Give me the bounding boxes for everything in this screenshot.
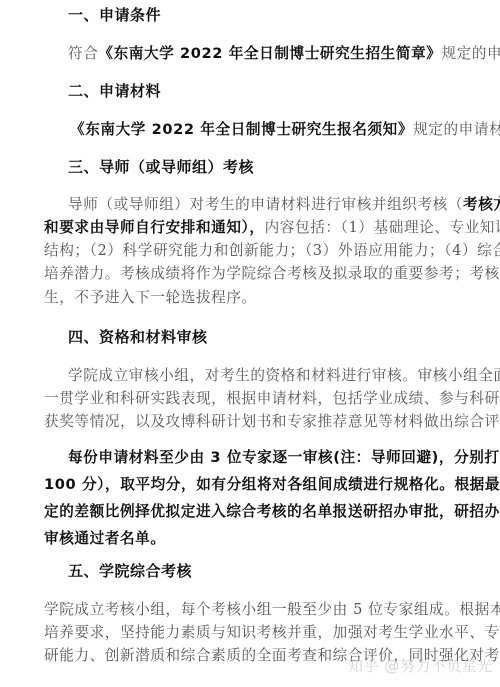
paragraph-line: 培养要求，坚持能力素质与知识考核并重，加强对考生学业水平、专业素养、科 bbox=[44, 621, 464, 642]
paragraph-application-conditions: 符合《东南大学 2022 年全日制博士研究生招生简章》规定的申请条件。 bbox=[68, 42, 464, 63]
section-heading-college-assessment: 五、学院综合考核 bbox=[68, 560, 192, 581]
section-heading-qualification-review: 四、资格和材料审核 bbox=[68, 326, 208, 347]
text-normal: 符合 bbox=[68, 45, 98, 62]
paragraph-application-materials: 《东南大学 2022 年全日制博士研究生报名须知》规定的申请材料。 bbox=[70, 118, 490, 139]
text-bold-title: 《东南大学 2022 年全日制博士研究生报名须知》 bbox=[70, 121, 413, 138]
text-bold: 和要求由导师自行安排和通知）， bbox=[44, 219, 265, 236]
text-bold-title: 《东南大学 2022 年全日制博士研究生招生简章》 bbox=[98, 45, 441, 62]
paragraph-line: 和要求由导师自行安排和通知），内容包括：（1）基础理论、专业知识和知识 bbox=[44, 216, 464, 237]
paragraph-line: 导师（或导师组）对考生的申请材料进行审核并组织考核（考核方式、时间 bbox=[68, 193, 464, 214]
section-heading-application-conditions: 一、申请条件 bbox=[68, 4, 161, 25]
watermark-zhihu: 知乎 @努力不负星光 bbox=[348, 655, 493, 676]
paragraph-line: 一贯学业和科研实践表现，根据申请材料，包括学业成绩、参与科研、发表论文、 bbox=[44, 387, 464, 408]
paragraph-line: 生，不予进入下一轮选拔程序。 bbox=[44, 286, 464, 307]
text-normal: 规定的申请条件。 bbox=[441, 45, 500, 62]
paragraph-line: 结构；（2）科学研究能力和创新能力；（3）外语应用能力；（4）综合素质和 bbox=[44, 239, 464, 260]
text-normal: 规定的申请材料。 bbox=[413, 121, 500, 138]
section-heading-supervisor-assessment: 三、导师（或导师组）考核 bbox=[68, 156, 254, 177]
paragraph-line: 学院成立审核小组，对考生的资格和材料进行审核。审核小组全面考查考生 bbox=[68, 364, 464, 385]
document-page: 一、申请条件 符合《东南大学 2022 年全日制博士研究生招生简章》规定的申请条… bbox=[0, 0, 500, 687]
paragraph-line: 学院成立考核小组，每个考核小组一般至少由 5 位专家组成。根据本学科特点和 bbox=[44, 598, 464, 619]
paragraph-line-bold: 审核通过者名单。 bbox=[44, 527, 464, 548]
paragraph-line-bold: 定的差额比例择优拟定进入综合考核的名单报送研招办审批，研招办网上公示 bbox=[44, 500, 464, 521]
paragraph-line-bold: 每份申请材料至少由 3 位专家逐一审核(注：导师回避)，分别打分（满分 bbox=[68, 446, 464, 467]
text-normal: 内容包括：（1）基础理论、专业知识和知识 bbox=[265, 219, 500, 236]
paragraph-line: 获奖等情况，以及攻博科研计划书和专家推荐意见等材料做出综合评价。 bbox=[44, 410, 464, 431]
paragraph-line-bold: 100 分），取平均分，如有分组将对各组间成绩进行规格化。根据最终成绩按一 bbox=[44, 473, 464, 494]
text-bold: 考核方式、时间 bbox=[463, 196, 500, 213]
paragraph-line: 培养潜力。考核成绩将作为学院综合考核及拟录取的重要参考；考核不通过的考 bbox=[44, 262, 464, 283]
text-normal: 导师（或导师组）对考生的申请材料进行审核并组织考核（ bbox=[68, 196, 463, 213]
section-heading-application-materials: 二、申请材料 bbox=[68, 80, 161, 101]
